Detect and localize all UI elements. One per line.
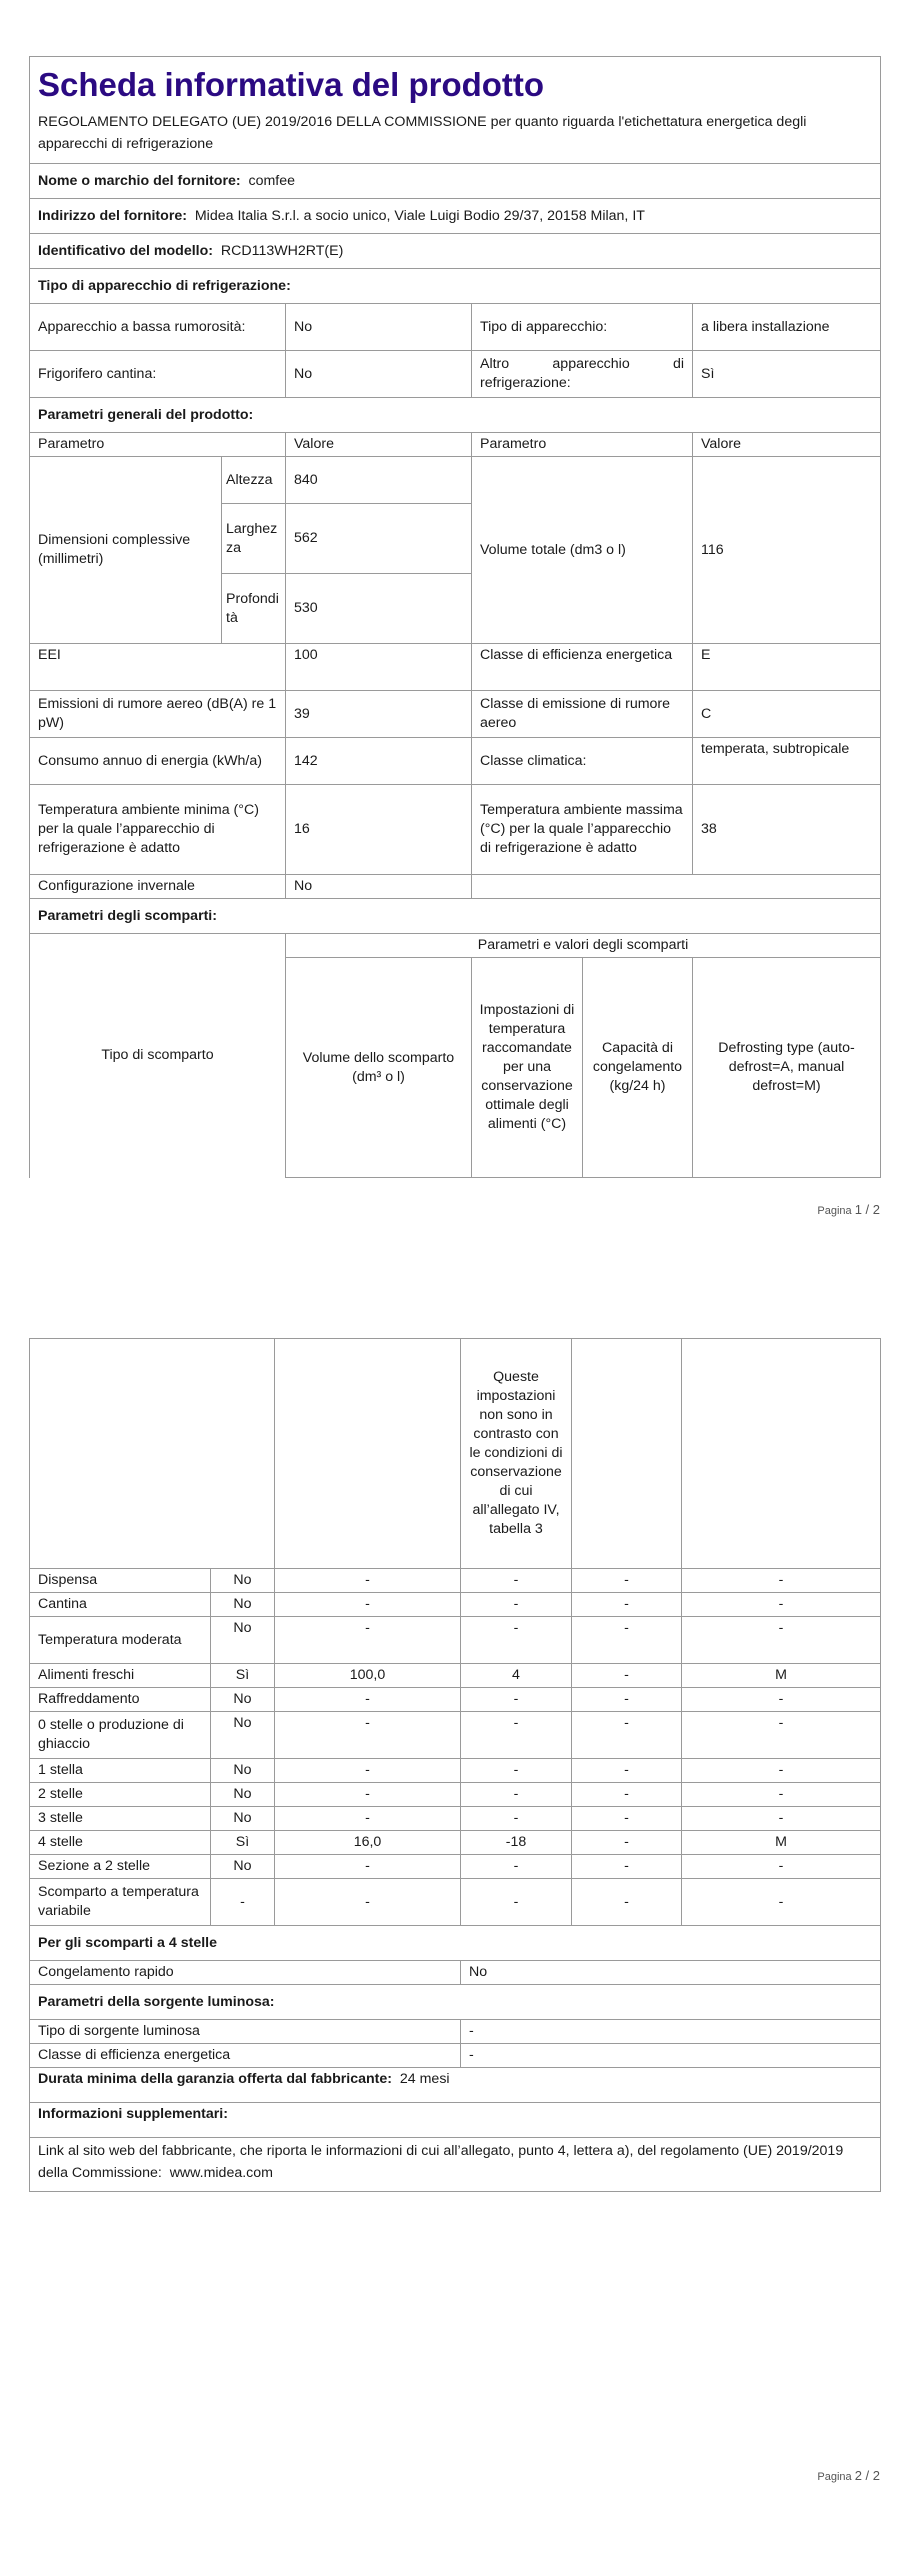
compartment-freezing-capacity: - [572,1879,682,1926]
compartment-defrost-type: - [682,1688,881,1712]
compartment-freezing-capacity: - [572,1712,682,1759]
compartment-temperature: - [461,1617,572,1664]
compartment-volume: - [275,1688,461,1712]
empty-cell [30,1339,275,1569]
compartment-temperature: - [461,1783,572,1807]
compartment-volume: - [275,1593,461,1617]
param-value: temperata, subtropicale [693,738,881,785]
param-value: 100 [286,644,472,691]
compartment-row: 1 stellaNo---- [30,1759,881,1783]
compartment-present: No [211,1807,275,1831]
page-title: Scheda informativa del prodotto [30,57,881,110]
page-count: 1 / 2 [855,1202,880,1217]
compartment-volume: 100,0 [275,1664,461,1688]
general-param-row: EEI 100 Classe di efficienza energetica … [30,644,881,691]
appliance-type-heading: Tipo di apparecchio di refrigerazione: [30,269,881,304]
column-header-freezing-capacity: Capacità di congelamento (kg/24 h) [583,958,693,1178]
warranty-value: 24 mesi [400,2071,450,2087]
compartment-present: No [211,1855,275,1879]
dimensions-row: Dimensioni complessive (millimetri) Alte… [30,457,881,504]
param-value: 142 [286,738,472,785]
compartment-freezing-capacity: - [572,1569,682,1593]
appliance-type-row: Apparecchio a bassa rumorosità: No Tipo … [30,304,881,351]
param-value: 38 [693,785,881,875]
warranty-label: Durata minima della garanzia offerta dal… [38,2071,392,2087]
light-source-type-label: Tipo di sorgente luminosa [30,2020,461,2044]
page-2: Queste impostazioni non sono in contrast… [0,1240,905,2560]
compartment-type: 1 stella [30,1759,211,1783]
param-label: Tipo di apparecchio: [472,304,693,351]
empty-cell [275,1339,461,1569]
compartment-freezing-capacity: - [572,1831,682,1855]
compartment-type: Sezione a 2 stelle [30,1855,211,1879]
compartment-row: Alimenti freschiSì100,04-M [30,1664,881,1688]
compartment-volume: - [275,1569,461,1593]
param-label: Frigorifero cantina: [30,351,286,398]
supplier-name-label: Nome o marchio del fornitore: [38,173,241,189]
page-number-2: Pagina 2 / 2 [817,2468,880,2483]
compartment-defrost-type: - [682,1759,881,1783]
additional-info-heading: Informazioni supplementari: [30,2103,881,2138]
compartment-temperature: - [461,1759,572,1783]
compartment-row: Scomparto a temperatura variabile----- [30,1879,881,1926]
light-source-row: Classe di efficienza energetica - [30,2044,881,2068]
compartment-present: No [211,1593,275,1617]
compartment-defrost-type: M [682,1831,881,1855]
compartment-freezing-capacity: - [572,1855,682,1879]
compartment-type: 3 stelle [30,1807,211,1831]
column-header: Parametro [472,433,693,457]
dimensions-label: Dimensioni complessive (millimetri) [30,457,222,644]
compartment-temperature: - [461,1569,572,1593]
compartment-defrost-type: - [682,1879,881,1926]
compartments-header-continuation-row: Queste impostazioni non sono in contrast… [30,1339,881,1569]
general-params-heading: Parametri generali del prodotto: [30,398,881,433]
dimension-value: 840 [286,457,472,504]
param-label: Classe climatica: [472,738,693,785]
param-value: C [693,691,881,738]
dimension-name: Larghezza [222,504,286,574]
compartment-temperature: -18 [461,1831,572,1855]
general-param-row: Temperatura ambiente minima (°C) per la … [30,785,881,875]
empty-cell [682,1339,881,1569]
light-efficiency-value: - [461,2044,881,2068]
compartment-volume: - [275,1879,461,1926]
empty-cell [572,1339,682,1569]
param-value: No [286,351,472,398]
quick-freeze-row: Congelamento rapido No [30,1961,881,1985]
compartment-temperature: - [461,1593,572,1617]
compartment-type: Cantina [30,1593,211,1617]
compartment-row: 4 stelleSì16,0-18-M [30,1831,881,1855]
compartment-freezing-capacity: - [572,1664,682,1688]
four-star-heading: Per gli scomparti a 4 stelle [30,1926,881,1961]
compartment-type: Temperatura moderata [30,1617,211,1664]
compartment-present: No [211,1569,275,1593]
compartment-row: RaffreddamentoNo---- [30,1688,881,1712]
light-source-heading: Parametri della sorgente luminosa: [30,1985,881,2020]
compartment-defrost-type: - [682,1783,881,1807]
model-id-label: Identificativo del modello: [38,243,213,259]
page-1: Scheda informativa del prodotto REGOLAME… [0,0,905,1240]
compartment-present: Sì [211,1831,275,1855]
compartment-present: No [211,1759,275,1783]
compartment-defrost-type: - [682,1807,881,1831]
compartment-freezing-capacity: - [572,1593,682,1617]
light-source-row: Tipo di sorgente luminosa - [30,2020,881,2044]
compartment-row: Temperatura moderataNo---- [30,1617,881,1664]
supplier-address-value: Midea Italia S.r.l. a socio unico, Viale… [195,208,645,224]
dimension-value: 530 [286,574,472,644]
compartment-volume: 16,0 [275,1831,461,1855]
compartments-heading: Parametri degli scomparti: [30,899,881,934]
compartment-row: CantinaNo---- [30,1593,881,1617]
column-header: Valore [286,433,472,457]
param-label: Classe di emissione di rumore aereo [472,691,693,738]
column-header: Valore [693,433,881,457]
compartment-type: 4 stelle [30,1831,211,1855]
compartment-rows: DispensaNo----CantinaNo----Temperatura m… [30,1569,881,1926]
param-value: No [286,304,472,351]
compartment-temperature: - [461,1879,572,1926]
param-label [472,875,881,899]
param-value: E [693,644,881,691]
compartment-freezing-capacity: - [572,1759,682,1783]
regulation-text: REGOLAMENTO DELEGATO (UE) 2019/2016 DELL… [30,109,881,164]
compartment-temperature: - [461,1807,572,1831]
total-volume-value: 116 [693,457,881,644]
param-label: Altro apparecchio di refrigerazione: [472,351,693,398]
compartment-volume: - [275,1617,461,1664]
model-id-value: RCD113WH2RT(E) [221,243,343,259]
param-label: EEI [30,644,286,691]
compartment-type: 0 stelle o produzione di ghiaccio [30,1712,211,1759]
total-volume-label: Volume totale (dm3 o l) [472,457,693,644]
compartment-type: Scomparto a temperatura variabile [30,1879,211,1926]
compartment-row: DispensaNo---- [30,1569,881,1593]
quick-freeze-value: No [461,1961,881,1985]
product-info-table-page-1: Scheda informativa del prodotto REGOLAME… [29,56,881,1178]
param-label: Configurazione invernale [30,875,286,899]
page-prefix: Pagina [817,1205,851,1217]
model-id-row: Identificativo del modello: RCD113WH2RT(… [30,234,881,269]
light-efficiency-label: Classe di efficienza energetica [30,2044,461,2068]
compartment-present: No [211,1783,275,1807]
compartment-volume: - [275,1855,461,1879]
param-label: Apparecchio a bassa rumorosità: [30,304,286,351]
compartment-present: Sì [211,1664,275,1688]
appliance-type-row: Frigorifero cantina: No Altro apparecchi… [30,351,881,398]
general-param-row: Emissioni di rumore aereo (dB(A) re 1 pW… [30,691,881,738]
compartment-freezing-capacity: - [572,1688,682,1712]
supplier-address-label: Indirizzo del fornitore: [38,208,187,224]
dimension-name: Altezza [222,457,286,504]
general-params-header-row: Parametro Valore Parametro Valore [30,433,881,457]
param-value: 39 [286,691,472,738]
param-label: Temperatura ambiente minima (°C) per la … [30,785,286,875]
compartment-row: 0 stelle o produzione di ghiaccioNo---- [30,1712,881,1759]
param-value: 16 [286,785,472,875]
quick-freeze-label: Congelamento rapido [30,1961,461,1985]
compartment-row: Sezione a 2 stelleNo---- [30,1855,881,1879]
supplier-name-value: comfee [248,173,295,189]
compartment-row: 2 stelleNo---- [30,1783,881,1807]
column-header-volume: Volume dello scomparto (dm³ o l) [286,958,472,1178]
compartment-type: Dispensa [30,1569,211,1593]
compartment-defrost-type: - [682,1617,881,1664]
compartment-present: - [211,1879,275,1926]
general-param-row: Configurazione invernale No [30,875,881,899]
temperature-note: Queste impostazioni non sono in contrast… [461,1339,572,1569]
compartment-defrost-type: - [682,1712,881,1759]
compartments-group-header: Parametri e valori degli scomparti [286,934,881,958]
compartment-defrost-type: - [682,1855,881,1879]
param-label: Temperatura ambiente massima (°C) per la… [472,785,693,875]
product-info-table-page-2: Queste impostazioni non sono in contrast… [29,1338,881,2192]
page-prefix: Pagina [817,2471,851,2483]
compartment-temperature: - [461,1855,572,1879]
column-header-temperature: Impostazioni di temperatura raccomandate… [472,958,583,1178]
compartment-type-header: Tipo di scomparto [30,934,286,1178]
param-label: Classe di efficienza energetica [472,644,693,691]
page-number-1: Pagina 1 / 2 [817,1202,880,1217]
compartment-temperature: 4 [461,1664,572,1688]
compartment-present: No [211,1617,275,1664]
compartment-temperature: - [461,1688,572,1712]
compartment-defrost-type: - [682,1593,881,1617]
compartment-type: Raffreddamento [30,1688,211,1712]
compartment-type: Alimenti freschi [30,1664,211,1688]
additional-info-text: Link al sito web del fabbricante, che ri… [30,2138,881,2192]
param-value: No [286,875,472,899]
compartment-defrost-type: - [682,1569,881,1593]
compartment-freezing-capacity: - [572,1617,682,1664]
supplier-address-row: Indirizzo del fornitore: Midea Italia S.… [30,199,881,234]
compartment-freezing-capacity: - [572,1807,682,1831]
dimension-value: 562 [286,504,472,574]
param-value: Sì [693,351,881,398]
compartment-volume: - [275,1759,461,1783]
compartment-defrost-type: M [682,1664,881,1688]
param-label: Emissioni di rumore aereo (dB(A) re 1 pW… [30,691,286,738]
param-label: Consumo annuo di energia (kWh/a) [30,738,286,785]
manufacturer-website-link[interactable]: www.midea.com [170,2165,273,2181]
param-value: a libera installazione [693,304,881,351]
compartment-volume: - [275,1807,461,1831]
compartments-group-header-row: Tipo di scomparto Parametri e valori deg… [30,934,881,958]
compartment-temperature: - [461,1712,572,1759]
warranty-row: Durata minima della garanzia offerta dal… [30,2068,881,2103]
compartment-volume: - [275,1783,461,1807]
general-param-row: Consumo annuo di energia (kWh/a) 142 Cla… [30,738,881,785]
supplier-name-row: Nome o marchio del fornitore: comfee [30,164,881,199]
column-header-defrost-type: Defrosting type (auto-defrost=A, manual … [693,958,881,1178]
page-count: 2 / 2 [855,2468,880,2483]
compartment-freezing-capacity: - [572,1783,682,1807]
dimension-name: Profondità [222,574,286,644]
compartment-present: No [211,1688,275,1712]
additional-info-body: Link al sito web del fabbricante, che ri… [38,2143,843,2181]
light-source-type-value: - [461,2020,881,2044]
column-header: Parametro [30,433,286,457]
compartment-present: No [211,1712,275,1759]
compartment-volume: - [275,1712,461,1759]
compartment-row: 3 stelleNo---- [30,1807,881,1831]
compartment-type: 2 stelle [30,1783,211,1807]
